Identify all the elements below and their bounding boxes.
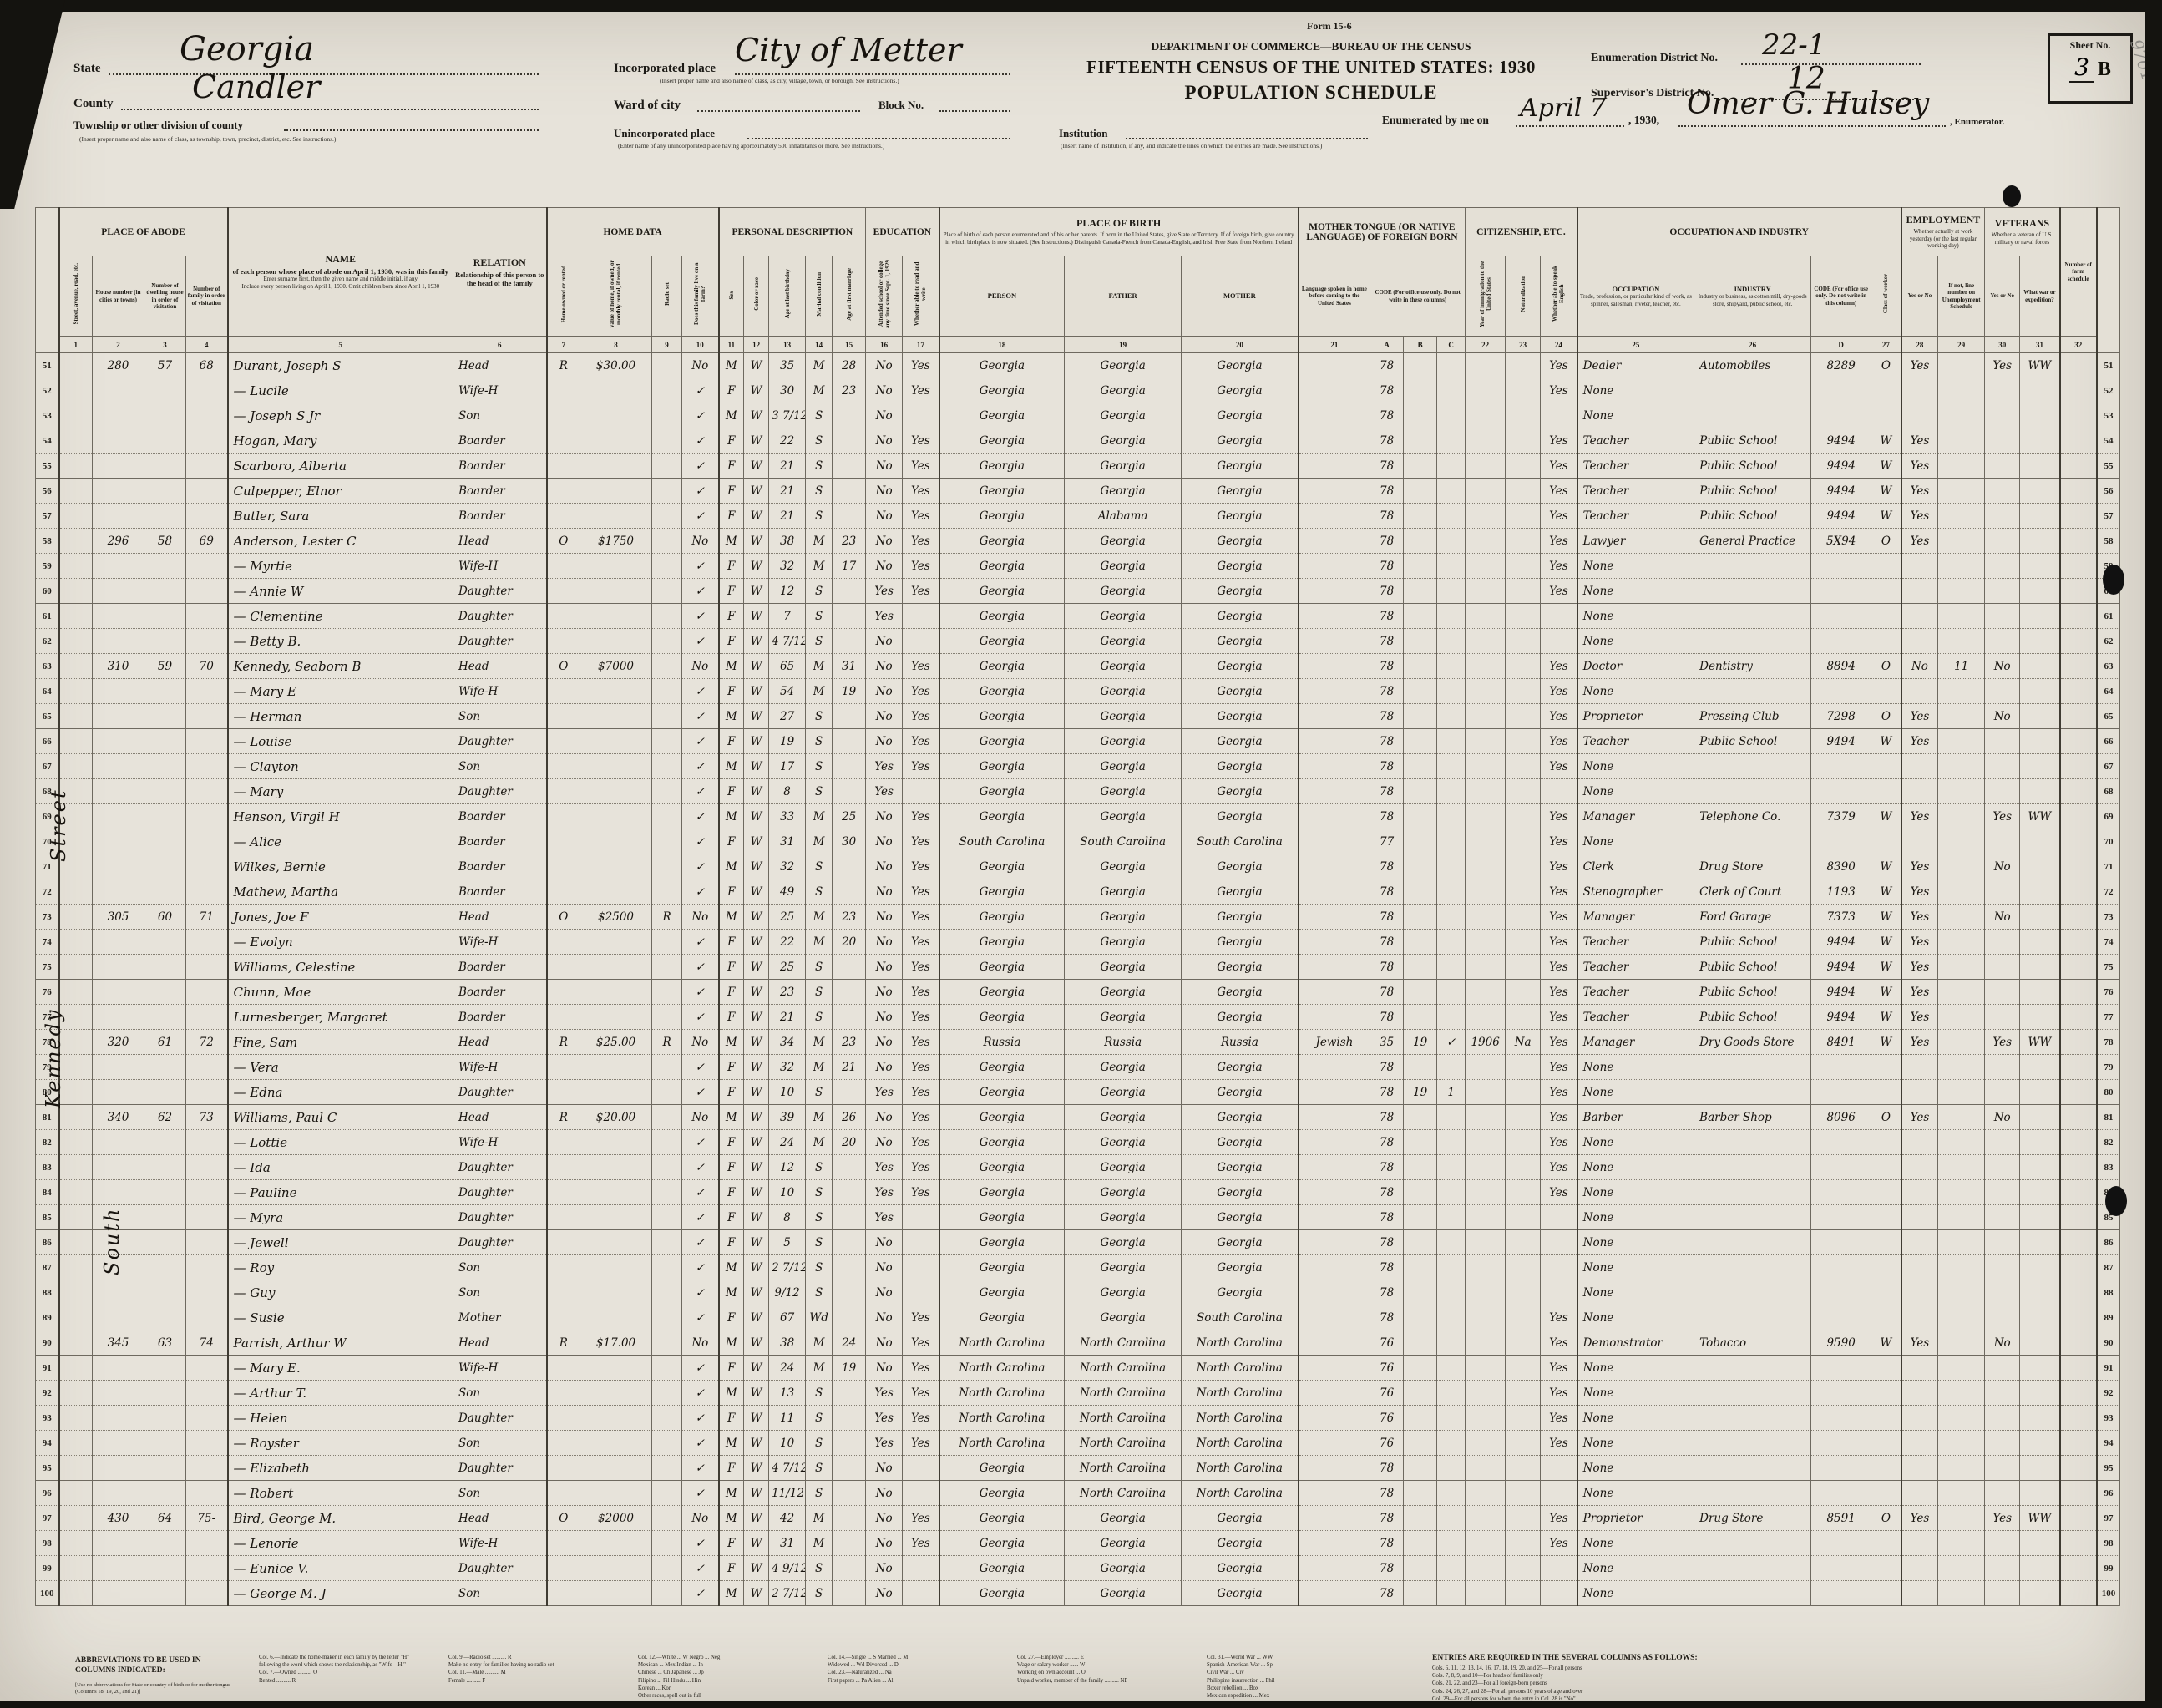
cell-agem: 26 [833,1105,866,1130]
cell-imm [1466,554,1506,579]
cell-cc [1437,1531,1466,1556]
cell-mob: Georgia [1182,579,1299,604]
cell-code [1811,829,1871,854]
cell-name: Jones, Joe F [228,905,453,930]
cell-cb [1404,1255,1437,1280]
cell-own [547,1080,580,1105]
cell-val [580,454,652,479]
cell-name: — Helen [228,1406,453,1431]
line-number: 87 [2097,1255,2120,1280]
cell-ind [1694,579,1811,604]
cell-agem [833,1581,866,1606]
cell-name: — Annie W [228,579,453,604]
cell-vet [1985,879,2020,905]
cell-cls [1871,1280,1901,1305]
cell-age: 4 7/12 [769,629,806,654]
cell-agem [833,479,866,504]
cell-occ: Demonstrator [1577,1330,1694,1356]
cell-occ: Lawyer [1577,529,1694,554]
cell-radio [652,1280,682,1305]
cell-rw: Yes [903,754,939,779]
cell-vet [1985,1280,2020,1305]
cell-occ: None [1577,1531,1694,1556]
cell-pob: Georgia [939,955,1065,980]
cell-nat [1506,1130,1541,1155]
cell-cb [1404,1531,1437,1556]
cell-rel: Mother [453,1305,547,1330]
cell-house [93,704,144,729]
cell-mob: Georgia [1182,1180,1299,1205]
cell-vet [1985,1130,2020,1155]
cell-ca: 78 [1370,1305,1404,1330]
cell-cb [1404,779,1437,804]
cell-mob: Georgia [1182,980,1299,1005]
cell-age: 2 7/12 [769,1581,806,1606]
header-naturalization: Naturalization [1506,256,1541,337]
cell-vet [1985,1080,2020,1105]
cell-fam [186,403,228,428]
cell-age: 31 [769,1531,806,1556]
township-label: Township or other division of county [73,119,243,132]
cell-imm [1466,1255,1506,1280]
cell-pob: North Carolina [939,1406,1065,1431]
cell-code: 8894 [1811,654,1871,679]
cell-age: 4 9/12 [769,1556,806,1581]
cell-imm [1466,1205,1506,1230]
cell-mob: Georgia [1182,1130,1299,1155]
cell-mar: M [806,829,833,854]
cell-street [59,1130,93,1155]
cell-val [580,428,652,454]
cell-agem [833,1406,866,1431]
cell-sex: F [719,1230,744,1255]
cell-vet [1985,1155,2020,1180]
cell-lang [1299,1406,1370,1431]
cell-nat [1506,1431,1541,1456]
cell-ind: Drug Store [1694,1506,1811,1531]
cell-eng [1541,629,1577,654]
cell-occ: None [1577,779,1694,804]
cell-rel: Daughter [453,1155,547,1180]
header-citizenship: CITIZENSHIP, ETC. [1466,208,1577,256]
cell-own [547,1305,580,1330]
cell-name: — Clayton [228,754,453,779]
cell-age: 39 [769,1105,806,1130]
cell-race: W [744,654,769,679]
cell-name: — Betty B. [228,629,453,654]
cell-imm [1466,704,1506,729]
cell-sch: No [866,529,903,554]
cell-cb [1404,1205,1437,1230]
table-row: 82— LottieWife-H✓FW24M20NoYesGeorgiaGeor… [36,1130,2120,1155]
cell-mob: Georgia [1182,1581,1299,1606]
name-sub1: of each person whose place of abode on A… [230,267,453,276]
cell-war [2020,604,2060,629]
cell-nat [1506,1080,1541,1105]
township-line [284,129,539,131]
cell-ind [1694,1080,1811,1105]
employment-desc: Whether actually at work yesterday (or t… [1903,228,1984,250]
cell-name: Mathew, Martha [228,879,453,905]
cell-house [93,754,144,779]
census-sheet: Form 15-6 DEPARTMENT OF COMMERCE—BUREAU … [0,10,2145,1703]
cell-name: — Myrtie [228,554,453,579]
cell-farm: No [682,529,719,554]
cell-cb [1404,879,1437,905]
cell-cb [1404,804,1437,829]
cell-pob: Georgia [939,529,1065,554]
cell-cc [1437,955,1466,980]
cell-nat [1506,1280,1541,1305]
cell-ca: 78 [1370,1481,1404,1506]
cell-house [93,729,144,754]
cell-cb [1404,403,1437,428]
cell-war [2020,378,2060,403]
cell-agem: 23 [833,905,866,930]
cell-ind [1694,403,1811,428]
header-code-d: CODE (For office use only. Do not write … [1811,256,1871,337]
cell-rel: Wife-H [453,1130,547,1155]
cell-mob: Georgia [1182,654,1299,679]
cell-ca: 78 [1370,779,1404,804]
enumeration-district-label: Enumeration District No. [1591,52,1718,65]
cell-pob: Georgia [939,428,1065,454]
cell-fob: Georgia [1065,1280,1182,1305]
cell-agem: 31 [833,654,866,679]
cell-imm [1466,729,1506,754]
cell-cb [1404,829,1437,854]
cell-street [59,529,93,554]
cell-fob: Georgia [1065,804,1182,829]
cell-vet [1985,529,2020,554]
header-employment: EMPLOYMENT Whether actually at work yest… [1901,208,1985,256]
cell-house [93,604,144,629]
cell-cc [1437,1431,1466,1456]
cell-race: W [744,1030,769,1055]
cell-fs [2060,604,2097,629]
cell-lang [1299,679,1370,704]
header-personal-description: PERSONAL DESCRIPTION [719,208,866,256]
cell-war [2020,654,2060,679]
cell-rw: Yes [903,529,939,554]
cell-wk [1901,1155,1938,1180]
header-attended-school: Attended school or college any time sinc… [866,256,903,337]
header-at-work: Yes or No [1901,256,1938,337]
cell-cc [1437,604,1466,629]
cell-fs [2060,779,2097,804]
cell-farm: ✓ [682,879,719,905]
entries-title: ENTRIES ARE REQUIRED IN THE SEVERAL COLU… [1432,1654,1900,1662]
table-header: PLACE OF ABODE NAME of each person whose… [36,208,2120,353]
table-row: 64— Mary EWife-H✓FW54M19NoYesGeorgiaGeor… [36,679,2120,704]
cell-rw: Yes [903,854,939,879]
cell-imm [1466,1581,1506,1606]
cell-cc [1437,353,1466,378]
cell-val [580,1205,652,1230]
cell-radio [652,829,682,854]
line-number: 90 [36,1330,59,1356]
cell-cls [1871,679,1901,704]
cell-mar: M [806,353,833,378]
street-name-vertical: Street [47,645,70,862]
cell-cls [1871,1356,1901,1381]
cell-cls [1871,1406,1901,1431]
cell-sch: No [866,1456,903,1481]
cell-val [580,1556,652,1581]
cell-sex: F [719,604,744,629]
cell-war [2020,1005,2060,1030]
cell-age: 24 [769,1356,806,1381]
cell-agem [833,403,866,428]
cell-race: W [744,1080,769,1105]
cell-sex: M [719,403,744,428]
cell-street [59,1180,93,1205]
cell-own: O [547,1506,580,1531]
cell-l29 [1938,504,1985,529]
cell-street [59,504,93,529]
cell-wk: Yes [1901,479,1938,504]
cell-race: W [744,829,769,854]
name-sub3: Include every person living on April 1, … [230,283,453,291]
cell-radio [652,930,682,955]
cell-cb [1404,980,1437,1005]
cell-wk [1901,1055,1938,1080]
cell-own [547,704,580,729]
cell-nat [1506,1481,1541,1506]
cell-imm [1466,754,1506,779]
cell-occ: None [1577,1255,1694,1280]
cell-dwell [144,1556,186,1581]
cell-occ: None [1577,1130,1694,1155]
cell-val [580,1005,652,1030]
cell-war [2020,529,2060,554]
cell-lang [1299,729,1370,754]
cell-sch: No [866,1280,903,1305]
cell-sch: No [866,629,903,654]
cell-agem [833,704,866,729]
cell-lang [1299,955,1370,980]
cell-lang [1299,1055,1370,1080]
header-veterans: VETERANS Whether a veteran of U.S. milit… [1985,208,2060,256]
cell-lang [1299,980,1370,1005]
cell-fob: Russia [1065,1030,1182,1055]
cell-sch: No [866,804,903,829]
cell-name: — Mary [228,779,453,804]
incorporated-label: Incorporated place [614,62,716,76]
cell-l29 [1938,604,1985,629]
cell-eng: Yes [1541,930,1577,955]
cell-age: 21 [769,479,806,504]
cell-pob: Georgia [939,1055,1065,1080]
cell-lang [1299,704,1370,729]
cell-occ: None [1577,1556,1694,1581]
cell-pob: Georgia [939,1230,1065,1255]
cell-sex: M [719,529,744,554]
cell-cls [1871,629,1901,654]
cell-imm: 1906 [1466,1030,1506,1055]
cell-age: 33 [769,804,806,829]
cell-occ: None [1577,403,1694,428]
line-number: 61 [36,604,59,629]
cell-sch: Yes [866,1080,903,1105]
enumerator-line [1678,125,1946,127]
cell-sex: F [719,579,744,604]
cell-ca: 78 [1370,980,1404,1005]
cell-agem [833,754,866,779]
cell-wk: No [1901,654,1938,679]
cell-val [580,579,652,604]
cell-val [580,1055,652,1080]
cell-fob: Georgia [1065,930,1182,955]
cell-ind [1694,829,1811,854]
cell-wk [1901,1305,1938,1330]
cell-vet [1985,1381,2020,1406]
cell-eng: Yes [1541,1180,1577,1205]
cell-house [93,804,144,829]
cell-cc [1437,579,1466,604]
cell-rw [903,1205,939,1230]
cell-radio [652,629,682,654]
cell-nat [1506,554,1541,579]
cell-fs [2060,454,2097,479]
cell-cb [1404,1506,1437,1531]
cell-nat [1506,529,1541,554]
cell-nat [1506,654,1541,679]
cell-l29 [1938,1105,1985,1130]
cell-mar: M [806,1030,833,1055]
cell-lang [1299,1481,1370,1506]
table-row: 100— George M. JSon✓MW2 7/12SNoGeorgiaGe… [36,1581,2120,1606]
cell-fob: Georgia [1065,479,1182,504]
cell-wk: Yes [1901,428,1938,454]
cell-race: W [744,930,769,955]
cell-lang [1299,1180,1370,1205]
cell-nat [1506,1581,1541,1606]
line-number: 76 [2097,980,2120,1005]
cell-mob: Georgia [1182,504,1299,529]
cell-radio [652,479,682,504]
cell-ca: 78 [1370,529,1404,554]
cell-rel: Boarder [453,955,547,980]
institution-line [1126,138,1368,139]
cell-fs [2060,1406,2097,1431]
cell-radio: R [652,1030,682,1055]
cell-code [1811,1080,1871,1105]
cell-cc [1437,378,1466,403]
street-name-vertical: South [100,1117,124,1275]
cell-lang [1299,454,1370,479]
cell-ind [1694,378,1811,403]
cell-fs [2060,428,2097,454]
cell-street [59,1105,93,1130]
cell-lang [1299,754,1370,779]
line-number: 100 [2097,1581,2120,1606]
cell-radio [652,729,682,754]
cell-sex: F [719,955,744,980]
cell-sex: F [719,378,744,403]
line-number: 80 [2097,1080,2120,1105]
cell-occ: Teacher [1577,454,1694,479]
cell-name: — Elizabeth [228,1456,453,1481]
cell-rel: Wife-H [453,1055,547,1080]
cell-vet [1985,1456,2020,1481]
cell-fam [186,930,228,955]
cell-cc [1437,654,1466,679]
cell-sex: M [719,1581,744,1606]
cell-farm: ✓ [682,980,719,1005]
cell-vet [1985,1556,2020,1581]
cell-sch: No [866,1255,903,1280]
cell-agem [833,980,866,1005]
cell-imm [1466,1080,1506,1105]
cell-farm: ✓ [682,554,719,579]
cell-fob: Georgia [1065,579,1182,604]
cell-fs [2060,1330,2097,1356]
cell-code: 9494 [1811,428,1871,454]
form-number: Form 15-6 [1307,20,1352,33]
cell-race: W [744,378,769,403]
line-number: 100 [36,1581,59,1606]
cell-l29 [1938,1180,1985,1205]
header-education: EDUCATION [866,208,939,256]
cell-mar: M [806,804,833,829]
cell-age: 7 [769,604,806,629]
cell-fob: Georgia [1065,403,1182,428]
cell-fs [2060,829,2097,854]
cell-mob: South Carolina [1182,829,1299,854]
cell-sex: M [719,1431,744,1456]
cell-imm [1466,829,1506,854]
cell-rel: Head [453,905,547,930]
cell-sex: M [719,754,744,779]
cell-wk [1901,604,1938,629]
cell-ind: Public School [1694,955,1811,980]
cell-vet [1985,1406,2020,1431]
cell-radio [652,804,682,829]
cell-sex: F [719,930,744,955]
cell-pob: Georgia [939,1155,1065,1180]
cell-pob: South Carolina [939,829,1065,854]
cell-cls [1871,1255,1901,1280]
cell-imm [1466,504,1506,529]
column-number-10: 10 [682,337,719,353]
cell-age: 35 [769,353,806,378]
cell-mar: S [806,1180,833,1205]
cell-agem [833,779,866,804]
column-number-17: 17 [903,337,939,353]
cell-age: 24 [769,1130,806,1155]
cell-agem: 23 [833,378,866,403]
cell-war [2020,454,2060,479]
cell-occ: Doctor [1577,654,1694,679]
cell-fs [2060,679,2097,704]
cell-rel: Daughter [453,1406,547,1431]
cell-farm: ✓ [682,955,719,980]
cell-ind: Public School [1694,980,1811,1005]
cell-fs [2060,1456,2097,1481]
county-label: County [73,97,114,111]
cell-dwell [144,1205,186,1230]
cell-fob: North Carolina [1065,1381,1182,1406]
header-home-value: Value of home, if owned, or monthly rent… [580,256,652,337]
cell-fob: Georgia [1065,1506,1182,1531]
cell-imm [1466,604,1506,629]
cell-ind: Barber Shop [1694,1105,1811,1130]
line-number: 87 [36,1255,59,1280]
cell-nat [1506,1531,1541,1556]
cell-sex: M [719,804,744,829]
cell-lang [1299,1330,1370,1356]
